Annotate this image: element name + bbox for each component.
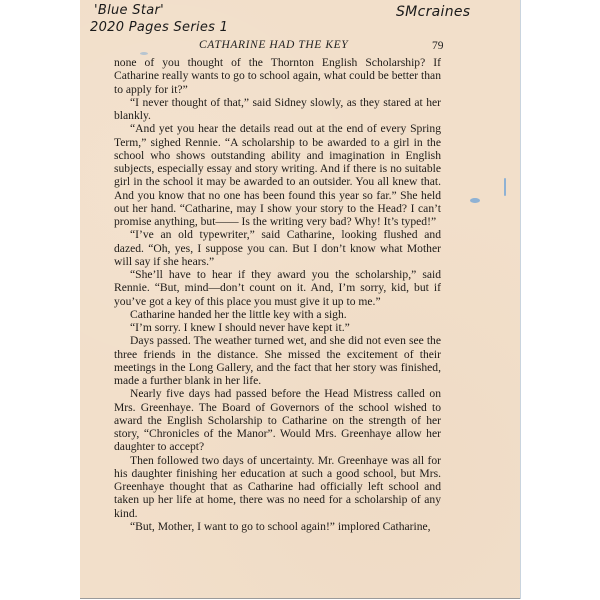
body-text: none of you thought of the Thornton Engl… <box>114 56 441 533</box>
handwritten-series-number: 2020 Pages Series 1 <box>90 20 228 35</box>
paragraph: “She’ll have to hear if they award you t… <box>114 268 441 308</box>
paragraph: “I’ve an old typewriter,” said Catharine… <box>114 228 441 268</box>
handwritten-signature: SMcraines <box>396 4 470 20</box>
paragraph: Nearly five days had passed before the H… <box>114 387 441 453</box>
ink-mark <box>470 198 480 203</box>
paragraph: “I never thought of that,” said Sidney s… <box>114 96 441 123</box>
paragraph: Days passed. The weather turned wet, and… <box>114 334 441 387</box>
paragraph: “But, Mother, I want to go to school aga… <box>114 520 441 533</box>
paragraph: “And yet you hear the details read out a… <box>114 122 441 228</box>
paragraph: Catharine handed her the little key with… <box>114 308 441 321</box>
handwritten-series-name: 'Blue Star' <box>94 3 164 18</box>
ink-mark <box>504 178 506 196</box>
paragraph: none of you thought of the Thornton Engl… <box>114 56 441 96</box>
paragraph: Then followed two days of uncertainty. M… <box>114 454 441 520</box>
ink-mark <box>140 52 148 55</box>
running-head-title: CATHARINE HAD THE KEY <box>199 39 348 51</box>
page-number: 79 <box>432 40 444 52</box>
paragraph: “I’m sorry. I knew I should never have k… <box>114 321 441 334</box>
